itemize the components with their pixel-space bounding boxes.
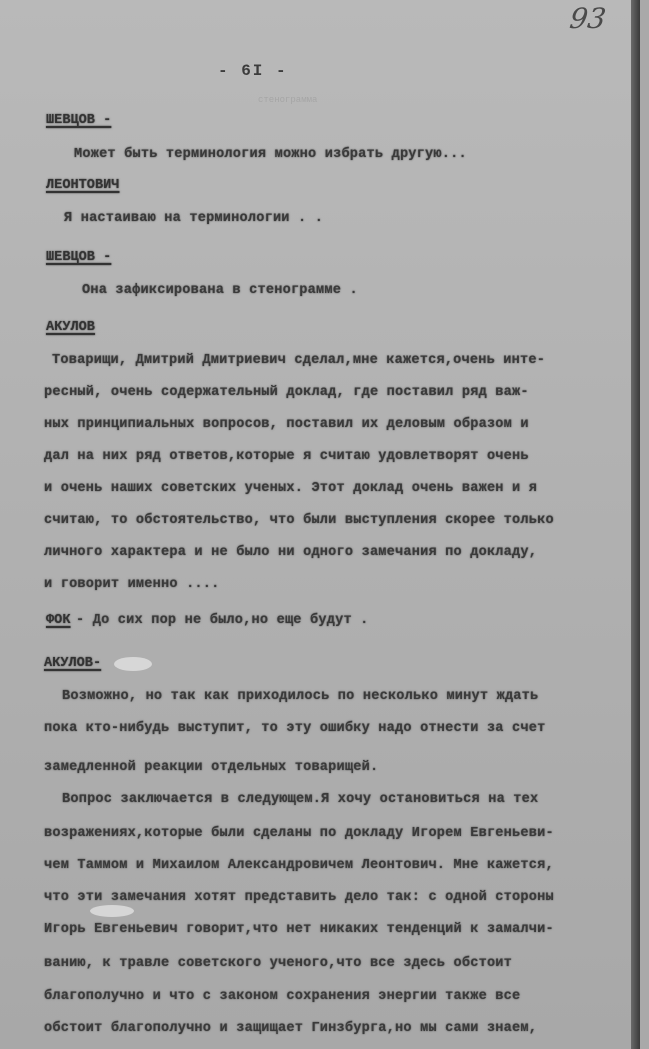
transcript-line: дал на них ряд ответов,которые я считаю …: [44, 449, 529, 464]
transcript-line: замедленной реакции отдельных товарищей.: [44, 760, 378, 775]
speaker-name: ЛЕОНТОВИЧ: [46, 178, 119, 193]
transcript-line: что эти замечания хотят представить дело…: [44, 890, 554, 905]
transcript-line: чем Таммом и Михаилом Александровичем Ле…: [44, 858, 554, 873]
transcript-line: - До сих пор не было,но еще будут .: [76, 613, 369, 628]
transcript-line: пока кто-нибудь выступит, то эту ошибку …: [44, 721, 545, 736]
paper-damage-mark: [90, 905, 134, 917]
speaker-name: ФОК: [46, 613, 70, 628]
page-edge-shadow: [631, 0, 640, 1049]
transcript-line: Товарищи, Дмитрий Дмитриевич сделал,мне …: [52, 353, 545, 368]
transcript-line: Вопрос заключается в следующем.Я хочу ос…: [62, 792, 538, 807]
transcript-line: и очень наших советских ученых. Этот док…: [44, 481, 537, 496]
paper-damage-mark: [114, 657, 152, 671]
handwritten-folio-number: 93: [568, 2, 608, 35]
faint-stamp: стенограмма: [258, 95, 328, 105]
speaker-name: ШЕВЦОВ -: [46, 250, 111, 265]
transcript-line: считаю, то обстоятельство, что были выст…: [44, 513, 554, 528]
transcript-line: Она зафиксирована в стенограмме .: [82, 283, 358, 298]
page-number: - 6I -: [218, 62, 288, 80]
transcript-line: Возможно, но так как приходилось по неск…: [62, 689, 538, 704]
speaker-name: ШЕВЦОВ -: [46, 113, 111, 128]
transcript-line: ресный, очень содержательный доклад, где…: [44, 385, 529, 400]
transcript-line: Может быть терминология можно избрать др…: [74, 147, 467, 162]
transcript-line: благополучно и что с законом сохранения …: [44, 989, 520, 1004]
transcript-line: и говорит именно ....: [44, 577, 220, 592]
transcript-line: Игорь Евгеньевич говорит,что нет никаких…: [44, 922, 554, 937]
speaker-name: АКУЛОВ: [46, 320, 95, 335]
transcript-line: личного характера и не было ни одного за…: [44, 545, 537, 560]
transcript-line: Я настаиваю на терминологии . .: [64, 211, 323, 226]
speaker-name: АКУЛОВ-: [44, 656, 101, 671]
transcript-line: обстоит благополучно и защищает Гинзбург…: [44, 1021, 537, 1036]
document-page: 93 - 6I - стенограмма ШЕВЦОВ -Может быть…: [0, 0, 640, 1049]
transcript-line: ванию, к травле советского ученого,что в…: [44, 956, 512, 971]
transcript-line: ных принципиальных вопросов, поставил их…: [44, 417, 529, 432]
transcript-line: возражениях,которые были сделаны по докл…: [44, 826, 554, 841]
